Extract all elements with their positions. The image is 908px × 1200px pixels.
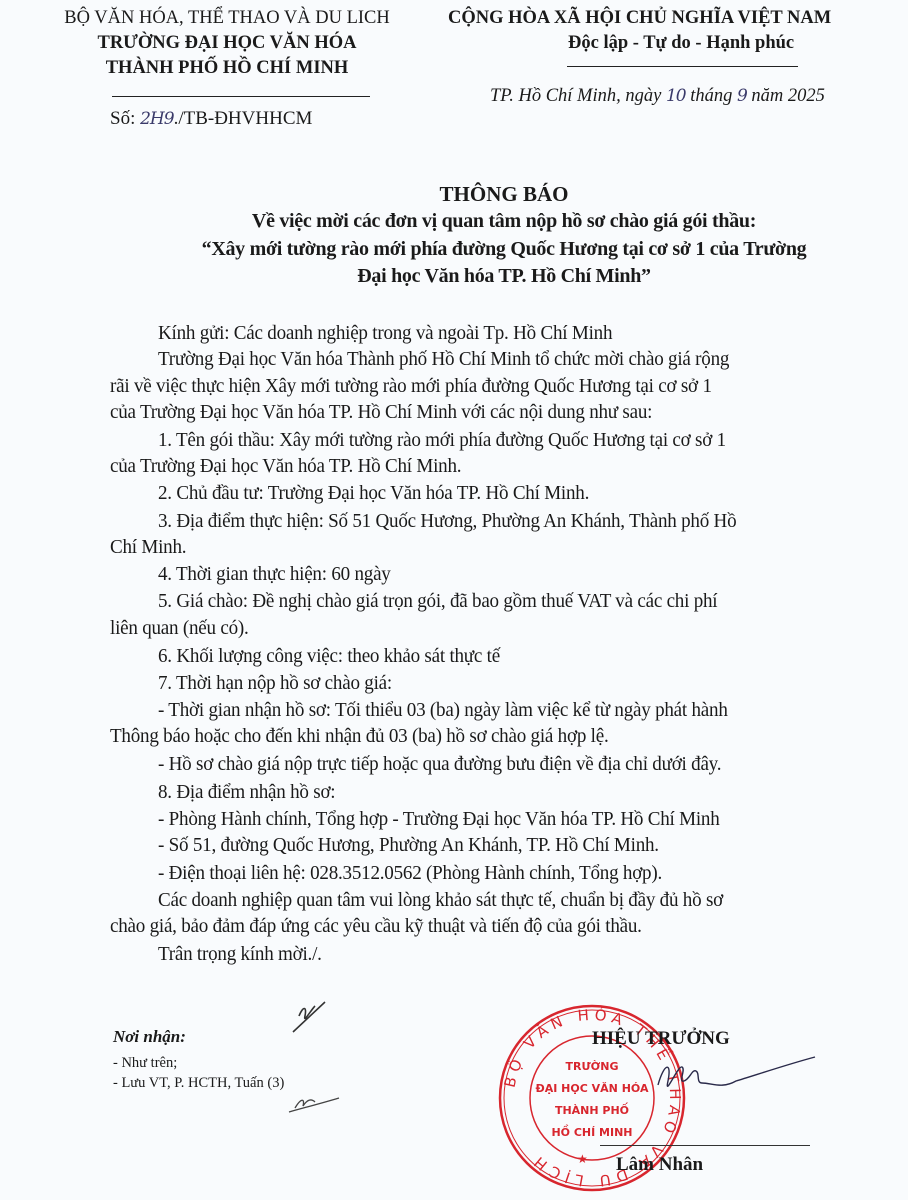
date-day: 10 [666,86,686,106]
body-line: 5. Giá chào: Đề nghị chào giá trọn gói, … [158,590,717,613]
body-line: 8. Địa điểm nhận hồ sơ: [158,781,335,804]
body-line: 2. Chủ đầu tư: Trường Đại học Văn hóa TP… [158,482,589,505]
body-line: 3. Địa điểm thực hiện: Số 51 Quốc Hương,… [158,510,736,533]
body-line: rãi về việc thực hiện Xây mới tường rào … [110,375,712,398]
header-right-divider [567,66,798,67]
body-line: của Trường Đại học Văn hóa TP. Hồ Chí Mi… [110,455,461,478]
nation-title: CỘNG HÒA XÃ HỘI CHỦ NGHĨA VIỆT NAM [448,8,831,29]
signature-line [600,1145,810,1146]
body-line: 4. Thời gian thực hiện: 60 ngày [158,563,391,586]
body-line: chào giá, bảo đảm đáp ứng các yêu cầu kỹ… [110,915,642,938]
initials-mark-icon [285,998,335,1038]
body-line: 1. Tên gói thầu: Xây mới tường rào mới p… [158,429,726,452]
doc-number-handwritten: 2H9 [140,109,173,129]
notice-subject-line2: “Xây mới tường rào mới phía đường Quốc H… [50,238,908,261]
date-month: 9 [737,86,747,106]
body-line: Trường Đại học Văn hóa Thành phố Hồ Chí … [158,348,729,371]
body-line: 6. Khối lượng công việc: theo khảo sát t… [158,645,500,668]
recipient-item: - Lưu VT, P. HCTH, Tuấn (3) [113,1075,284,1092]
notice-subject-line1: Về việc mời các đơn vị quan tâm nộp hồ s… [50,210,908,233]
body-line: của Trường Đại học Văn hóa TP. Hồ Chí Mi… [110,401,652,424]
body-line: Thông báo hoặc cho đến khi nhận đủ 03 (b… [110,725,608,748]
school-name-line2: THÀNH PHỐ HỒ CHÍ MINH [0,58,454,79]
body-line: - Hồ sơ chào giá nộp trực tiếp hoặc qua … [158,753,721,776]
body-line: liên quan (nếu có). [110,617,249,640]
handwritten-signature-icon [650,1055,820,1105]
body-line: Các doanh nghiệp quan tâm vui lòng khảo … [158,889,723,912]
date-month-label: tháng [690,86,732,106]
body-line: - Số 51, đường Quốc Hương, Phường An Khá… [158,834,659,857]
body-line: - Phòng Hành chính, Tổng hợp - Trường Đạ… [158,808,720,831]
doc-number-suffix: ./TB-ĐHVHHCM [174,108,313,129]
recipients-heading: Nơi nhận: [113,1027,186,1047]
svg-text:TRƯỜNG: TRƯỜNG [565,1060,618,1073]
notice-heading: THÔNG BÁO [50,182,908,207]
notice-subject-line3: Đại học Văn hóa TP. Hồ Chí Minh” [50,265,908,288]
national-motto: Độc lập - Tự do - Hạnh phúc [568,33,794,54]
date-prefix: TP. Hồ Chí Minh, ngày [490,86,661,106]
school-name-line1: TRƯỜNG ĐẠI HỌC VĂN HÓA [0,33,454,54]
body-line: 7. Thời hạn nộp hồ sơ chào giá: [158,672,392,695]
ministry-name: BỘ VĂN HÓA, THỂ THAO VÀ DU LICH [0,8,454,29]
doc-number-prefix: Số: [110,108,135,129]
body-line: Trân trọng kính mời./. [158,943,322,966]
signer-title: HIỆU TRƯỞNG [592,1028,730,1050]
document-number: Số: 2H9./TB-ĐHVHHCM [110,108,312,130]
signer-name: Lâm Nhân [616,1154,703,1176]
body-line: Kính gửi: Các doanh nghiệp trong và ngoà… [158,322,612,345]
body-line: - Thời gian nhận hồ sơ: Tối thiểu 03 (ba… [158,699,728,722]
svg-text:ĐẠI HỌC VĂN HÓA: ĐẠI HỌC VĂN HÓA [536,1082,649,1095]
date-year: năm 2025 [751,86,825,106]
issue-date: TP. Hồ Chí Minh, ngày 10 tháng 9 năm 202… [490,86,825,107]
recipient-item: - Như trên; [113,1055,177,1072]
svg-text:★: ★ [577,1152,588,1166]
svg-text:HỒ CHÍ MINH: HỒ CHÍ MINH [551,1124,632,1139]
body-line: - Điện thoại liên hệ: 028.3512.0562 (Phò… [158,862,662,885]
initials-mark-icon [285,1090,345,1120]
svg-text:THÀNH PHỐ: THÀNH PHỐ [555,1102,629,1117]
header-left-divider [112,96,370,97]
body-line: Chí Minh. [110,536,186,559]
